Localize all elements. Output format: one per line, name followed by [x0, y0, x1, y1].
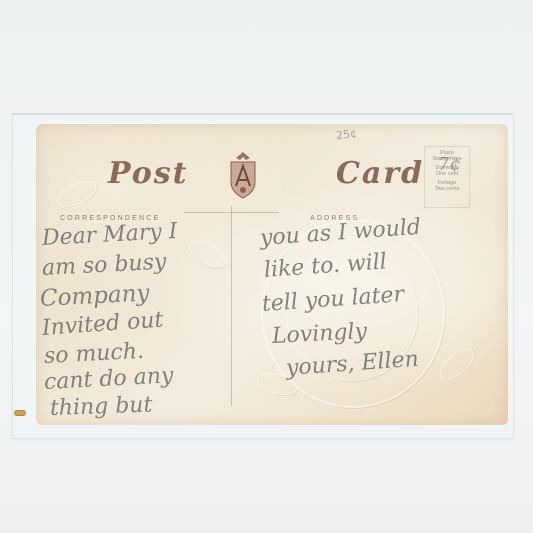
postcard: 25¢ Post Card PlaceStamp Here DomesticOn… — [36, 124, 508, 425]
center-divider — [231, 206, 232, 406]
title-post: Post — [108, 156, 189, 191]
title-card: Card — [336, 156, 424, 191]
handwriting-line: am so busy — [41, 250, 167, 281]
embossed-leaf — [184, 235, 230, 273]
crest-logo-icon — [228, 152, 258, 200]
stamp-pencil-mark: 7¢ — [438, 154, 461, 175]
embossed-leaf — [434, 343, 479, 385]
handwriting-line: Lovingly — [271, 319, 367, 349]
handwriting-line: so much. — [43, 339, 144, 369]
embossed-leaf — [54, 176, 101, 212]
handwriting-line: thing but — [50, 392, 153, 421]
brass-clip — [14, 410, 26, 416]
handwriting-line: cant do any — [43, 363, 174, 395]
sleeve-edge — [12, 113, 512, 115]
handwriting-line: Dear Mary I — [41, 219, 178, 251]
price-note: 25¢ — [335, 127, 358, 143]
handwriting-line: Company — [39, 280, 150, 312]
handwriting-line: Invited out — [41, 308, 164, 341]
